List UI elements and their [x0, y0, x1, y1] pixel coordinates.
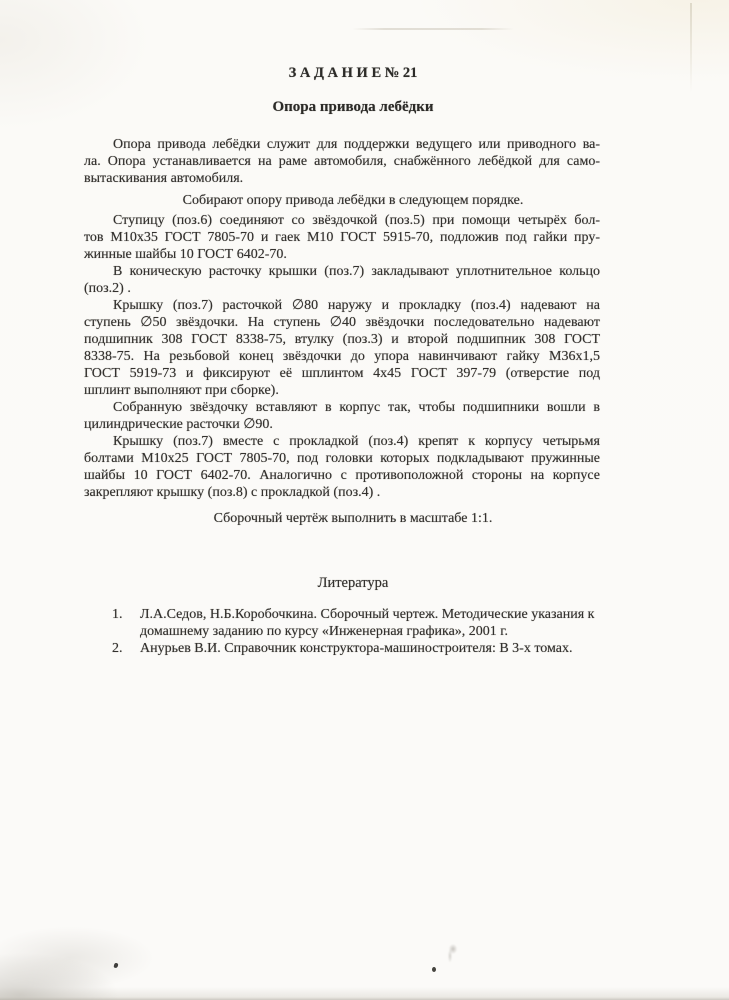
- text-line: Крышку (поз.7) расточкой ∅80 наружу и пр…: [84, 297, 600, 314]
- list-item-number: 2.: [112, 640, 140, 657]
- paragraph-hub-sprocket: Ступицу (поз.6) соединяют со звёздочкой …: [84, 212, 600, 263]
- scan-speck: [113, 963, 118, 969]
- list-item-body: Л.А.Седов, Н.Б.Коробочкина. Сборочный че…: [140, 606, 600, 640]
- paragraph-sealing-ring: В коническую расточку крышки (поз.7) зак…: [84, 263, 600, 297]
- paragraph-cover-fastening: Крышку (поз.7) вместе с прокладкой (поз.…: [84, 433, 600, 501]
- paragraph-intro: Опора привода лебёдки служит для поддерж…: [84, 136, 600, 187]
- text-line: Крышку (поз.7) вместе с прокладкой (поз.…: [84, 433, 600, 450]
- paragraph-assembly-order: Собирают опору привода лебёдки в следующ…: [84, 192, 600, 209]
- text-line: болтами М10х25 ГОСТ 7805-70, под головки…: [84, 450, 600, 467]
- scan-speck: [432, 967, 436, 972]
- text-line: шплинт выполняют при сборке).: [84, 382, 600, 399]
- text-line: домашнему заданию по курсу «Инженерная г…: [140, 623, 600, 640]
- list-item-number: 1.: [112, 606, 140, 640]
- text-line: цилиндрические расточки ∅90.: [84, 416, 600, 433]
- text-line: шайбы 10 ГОСТ 6402-70. Аналогично с прот…: [84, 467, 600, 484]
- scan-smudge: [442, 941, 462, 965]
- text-line: ступень ∅50 звёздочки. На ступень ∅40 зв…: [84, 314, 600, 331]
- text-line: Собранную звёздочку вставляют в корпус т…: [84, 399, 600, 416]
- text-line: Опора привода лебёдки служит для поддерж…: [84, 136, 600, 153]
- text-line: ла. Опора устанавливается на раме автомо…: [84, 153, 600, 170]
- text-line: Анурьев В.И. Справочник конструктора-маш…: [140, 640, 600, 657]
- text-line: вытаскивания автомобиля.: [84, 170, 600, 187]
- text-line: закрепляют крышку (поз.8) с прокладкой (…: [84, 484, 600, 501]
- scan-artifact-line: [690, 3, 692, 93]
- text-line: 8338-75. На резьбовой конец звёздочки до…: [84, 348, 600, 365]
- text-line: подшипник 308 ГОСТ 8338-75, втулку (поз.…: [84, 331, 600, 348]
- scale-note: Сборочный чертёж выполнить в масштабе 1:…: [95, 510, 611, 527]
- text-block: З А Д А Н И Е № 21 Опора привода лебёдки…: [84, 0, 600, 657]
- document-page: З А Д А Н И Е № 21 Опора привода лебёдки…: [0, 0, 729, 1000]
- literature-heading: Литература: [95, 575, 611, 592]
- text-line: В коническую расточку крышки (поз.7) зак…: [84, 263, 600, 280]
- page-title: З А Д А Н И Е № 21: [95, 64, 611, 83]
- text-line: (поз.2) .: [84, 280, 600, 297]
- text-line: Л.А.Седов, Н.Б.Коробочкина. Сборочный че…: [140, 606, 600, 623]
- list-item: 1. Л.А.Седов, Н.Б.Коробочкина. Сборочный…: [112, 606, 600, 640]
- text-line: жинные шайбы 10 ГОСТ 6402-70.: [84, 246, 600, 263]
- paragraph-cover-bearings: Крышку (поз.7) расточкой ∅80 наружу и пр…: [84, 297, 600, 399]
- literature-list: 1. Л.А.Седов, Н.Б.Коробочкина. Сборочный…: [84, 606, 600, 657]
- text-line: ГОСТ 5919-73 и фиксируют её шплинтом 4х4…: [84, 365, 600, 382]
- text-line: Ступицу (поз.6) соединяют со звёздочкой …: [84, 212, 600, 229]
- paragraph-sprocket-housing: Собранную звёздочку вставляют в корпус т…: [84, 399, 600, 433]
- document-subtitle: Опора привода лебёдки: [95, 98, 611, 116]
- scan-artifact-line: [352, 28, 514, 30]
- list-item-body: Анурьев В.И. Справочник конструктора-маш…: [140, 640, 600, 657]
- list-item: 2. Анурьев В.И. Справочник конструктора-…: [112, 640, 600, 657]
- text-line: тов М10х35 ГОСТ 7805-70 и гаек М10 ГОСТ …: [84, 229, 600, 246]
- text-line: Собирают опору привода лебёдки в следующ…: [95, 192, 611, 209]
